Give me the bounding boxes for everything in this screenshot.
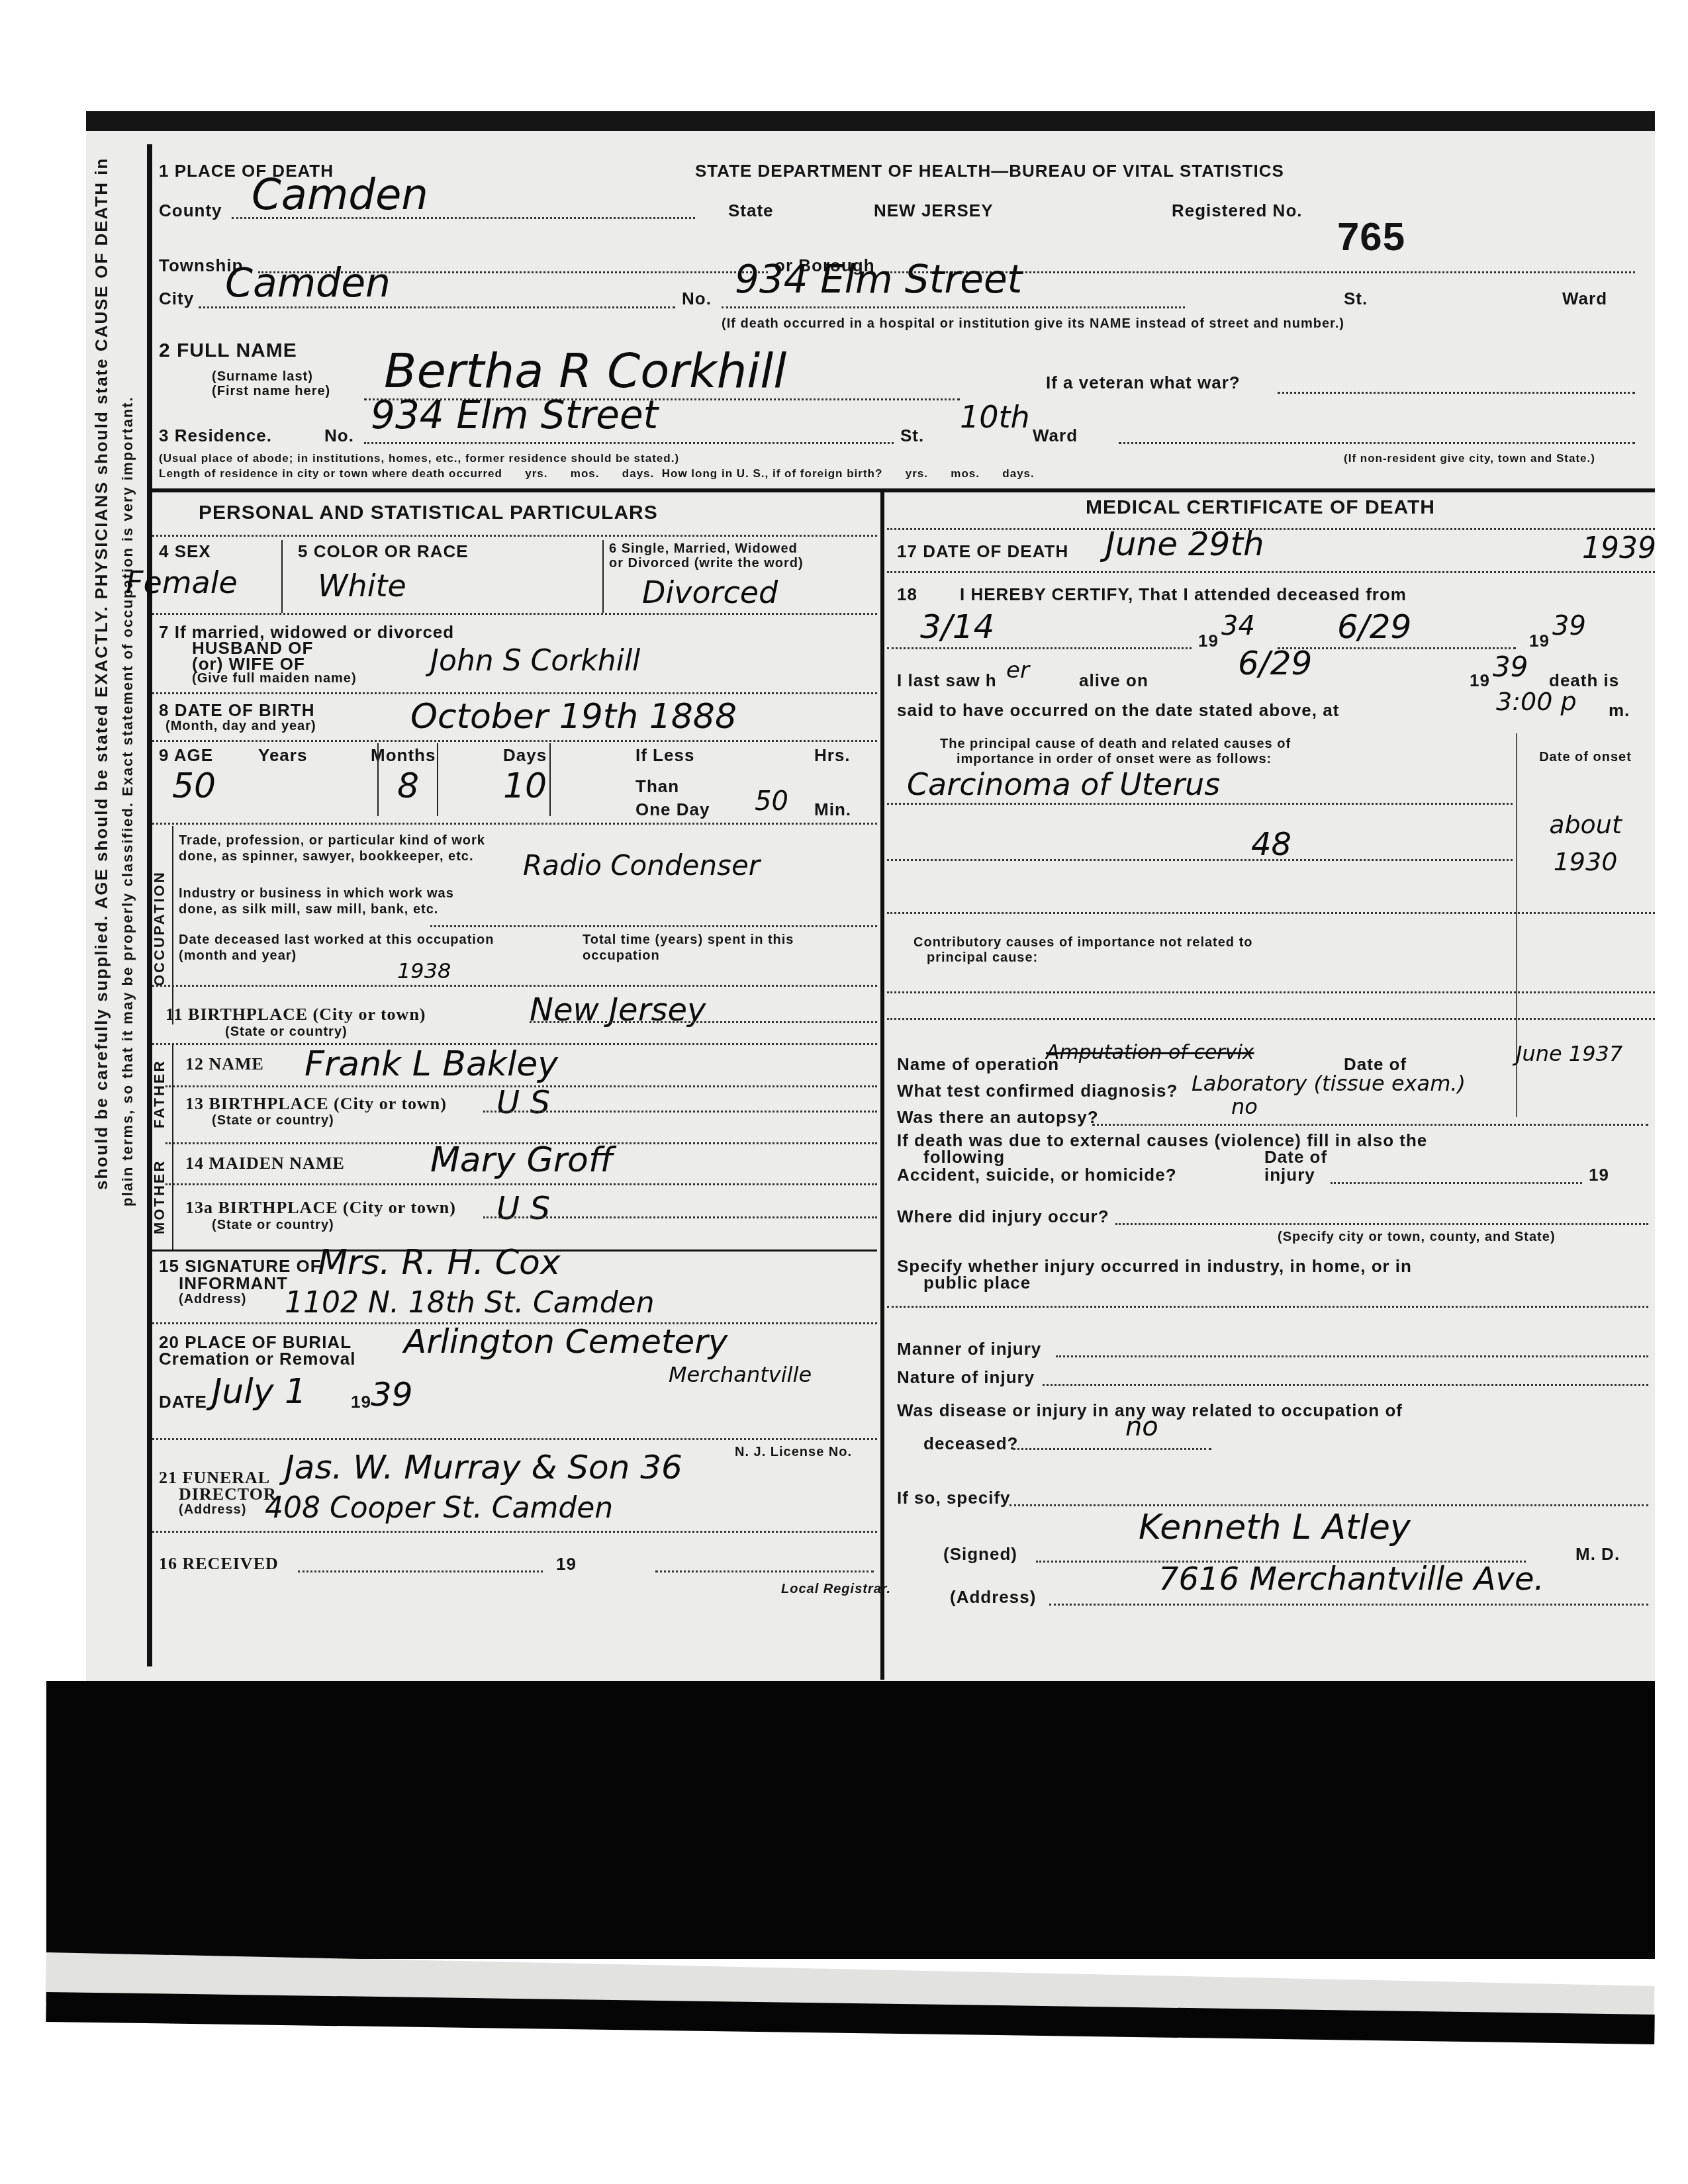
- full-name-value: Bertha R Corkhill: [384, 343, 786, 398]
- received-label: 16 RECEIVED: [159, 1554, 279, 1574]
- address-value: 7616 Merchantville Ave.: [1158, 1561, 1544, 1598]
- state-label: State: [728, 201, 774, 221]
- birthplace-line: [530, 1021, 877, 1023]
- contributory-label-1: Contributory causes of importance not re…: [914, 935, 1253, 950]
- where-line: [1115, 1223, 1648, 1225]
- center-divider: [880, 488, 884, 1680]
- county-value: Camden: [252, 171, 428, 220]
- scan-dark-band: [46, 1681, 1655, 1959]
- injury-line: [1331, 1182, 1582, 1184]
- injury-year-prefix: 19: [1589, 1165, 1609, 1185]
- mother-birthplace-line: [483, 1216, 877, 1218]
- death-year-value: 1939: [1582, 531, 1656, 565]
- certificate-scan: should be carefully supplied. AGE should…: [86, 111, 1655, 1700]
- registered-no-label: Registered No.: [1172, 201, 1303, 221]
- father-birthplace-value: U S: [496, 1084, 550, 1121]
- street-value: 934 Elm Street: [735, 257, 1022, 302]
- years-divider: [377, 743, 379, 816]
- dob-sublabel: (Month, day and year): [165, 719, 316, 734]
- burial-rule: [152, 1438, 877, 1440]
- address-line: [1049, 1604, 1648, 1606]
- residence-value: 934 Elm Street: [371, 392, 658, 437]
- hrs-label: Hrs.: [814, 745, 851, 766]
- age-years-value: 50: [172, 766, 216, 806]
- industry-line: [430, 925, 877, 927]
- race-value: White: [318, 568, 406, 604]
- registered-no-value: 765: [1337, 214, 1405, 259]
- address-label: (Address): [950, 1587, 1036, 1608]
- father-name-value: Frank L Bakley: [305, 1044, 558, 1084]
- related-value: no: [1125, 1412, 1158, 1442]
- marital-rule: [152, 613, 877, 615]
- burial-place-sub: Merchantville: [669, 1362, 812, 1387]
- burial-year: 39: [371, 1375, 413, 1414]
- contributory-label-2: principal cause:: [927, 950, 1038, 966]
- medical-title-rule: [887, 528, 1655, 530]
- last-saw-year-prefix: 19: [1470, 670, 1490, 691]
- full-name-sublabel-1: (Surname last): [212, 369, 313, 385]
- age-days-label: Days: [503, 745, 547, 766]
- trade-value: Radio Condenser: [523, 849, 760, 882]
- spouse-value: John S Corkhill: [430, 644, 640, 678]
- burial-label-2: Cremation or Removal: [159, 1349, 355, 1369]
- autopsy-line: [1092, 1124, 1648, 1126]
- operation-value: Amputation of cervix: [1046, 1041, 1254, 1064]
- from-year: 34: [1221, 611, 1255, 641]
- spouse-rule: [152, 692, 877, 694]
- date-of-death-rule: [887, 571, 1655, 573]
- md-label: M. D.: [1575, 1544, 1620, 1565]
- dob-label: 8 DATE OF BIRTH: [159, 700, 315, 721]
- from-year-prefix: 19: [1198, 631, 1219, 651]
- residence-ward-value: 10th: [960, 399, 1030, 435]
- related-label-2: deceased?: [923, 1433, 1018, 1454]
- operation-label: Name of operation: [897, 1054, 1059, 1075]
- occupation-side-label: OCCUPATION: [151, 829, 168, 1028]
- informant-address: 1102 N. 18th St. Camden: [285, 1286, 655, 1320]
- mother-birthplace-sublabel: (State or country): [212, 1218, 334, 1233]
- months-divider: [437, 743, 438, 816]
- attended-to: 6/29: [1337, 608, 1411, 646]
- mother-maiden-rule: [165, 1183, 877, 1185]
- funeral-label-2: DIRECTOR: [179, 1484, 277, 1504]
- if-so-line: [1009, 1504, 1648, 1506]
- cause-value: Carcinoma of Uterus: [907, 766, 1220, 802]
- signed-value: Kenneth L Atley: [1139, 1508, 1411, 1547]
- father-name-label: 12 NAME: [185, 1054, 264, 1074]
- trade-label: Trade, profession, or particular kind of…: [179, 833, 496, 864]
- father-side-label: FATHER: [151, 1048, 168, 1140]
- residence-ward-label: Ward: [1033, 426, 1078, 446]
- residence-note-right: (If non-resident give city, town and Sta…: [1344, 452, 1595, 465]
- test-label: What test confirmed diagnosis?: [897, 1081, 1178, 1101]
- veteran-label: If a veteran what war?: [1046, 373, 1241, 393]
- if-so-label: If so, specify: [897, 1488, 1011, 1508]
- last-saw-pronoun: er: [1006, 657, 1029, 684]
- sex-label: 4 SEX: [159, 541, 211, 562]
- min-label: Min.: [814, 799, 851, 820]
- funeral-label-3: (Address): [179, 1502, 246, 1518]
- license-label: N. J. License No.: [735, 1445, 852, 1460]
- total-time-label: Total time (years) spent in this occupat…: [583, 932, 794, 964]
- mother-maiden-label: 14 MAIDEN NAME: [185, 1154, 345, 1173]
- contributory-line-2: [887, 1018, 1655, 1020]
- full-name-sublabel-2: (First name here): [212, 384, 330, 399]
- signed-label: (Signed): [943, 1544, 1017, 1565]
- race-divider: [602, 540, 604, 613]
- father-birthplace-line: [483, 1111, 877, 1113]
- burial-place: Arlington Cemetery: [404, 1322, 727, 1361]
- residence-no-label: No.: [324, 426, 354, 446]
- marital-label-2: or Divorced (write the word): [609, 556, 804, 571]
- state-value: NEW JERSEY: [874, 201, 994, 221]
- less-label-1: If Less: [635, 745, 694, 766]
- cause-line-2: [887, 859, 1513, 861]
- nature-line: [1043, 1384, 1648, 1386]
- specify-line: [887, 1306, 1648, 1308]
- autopsy-value: no: [1231, 1094, 1258, 1119]
- where-note: (Specify city or town, county, and State…: [1278, 1230, 1556, 1245]
- less-label-2: Than: [635, 776, 679, 797]
- instructions-line-1: should be carefully supplied. AGE should…: [91, 158, 112, 1700]
- st-label: St.: [1344, 289, 1368, 309]
- less-label-3: One Day: [635, 799, 710, 820]
- cause-label-2: importance in order of onset were as fol…: [957, 752, 1272, 767]
- age-days-value: 10: [503, 766, 547, 806]
- residence-right-line: [1119, 422, 1635, 444]
- funeral-address: 408 Cooper St. Camden: [265, 1491, 613, 1525]
- mother-maiden-value: Mary Groff: [430, 1140, 613, 1180]
- occupation-side-rule: [172, 826, 173, 1024]
- test-value: Laboratory (tissue exam.): [1192, 1071, 1466, 1096]
- full-name-label: 2 FULL NAME: [159, 340, 297, 362]
- cause-line-1: [887, 803, 1513, 805]
- to-year-prefix: 19: [1529, 631, 1550, 651]
- veteran-line: [1278, 376, 1635, 394]
- sex-divider: [281, 540, 283, 613]
- date-of-death-label: 17 DATE OF DEATH: [897, 541, 1068, 562]
- parents-side-rule: [172, 1044, 173, 1250]
- burial-date: July 1: [212, 1372, 306, 1412]
- residence-length-line: Length of residence in city or town wher…: [159, 467, 1035, 480]
- informant-name: Mrs. R. H. Cox: [318, 1243, 561, 1283]
- birthplace-sublabel: (State or country): [225, 1024, 348, 1040]
- date-of-death-value: June 29th: [1105, 525, 1264, 563]
- county-label: County: [159, 201, 222, 221]
- days-divider: [549, 743, 551, 816]
- where-label: Where did injury occur?: [897, 1206, 1109, 1227]
- age-months-label: Months: [371, 745, 436, 766]
- registrar-label: Local Registrar.: [781, 1582, 891, 1597]
- time-value: 3:00 p: [1496, 687, 1577, 716]
- spouse-label-4: (Give full maiden name): [192, 671, 357, 686]
- certify-text: I HEREBY CERTIFY, That I attended deceas…: [960, 584, 1407, 605]
- last-saw-label: I last saw h: [897, 670, 997, 691]
- age-months-value: 8: [397, 766, 419, 806]
- received-line: [298, 1570, 543, 1572]
- related-line: [1013, 1448, 1211, 1450]
- attended-from-line: [887, 647, 1192, 649]
- occupation-rule: [152, 985, 877, 987]
- sex-value: Female: [126, 565, 238, 600]
- registrar-line: [655, 1570, 874, 1572]
- personal-title-rule: [152, 535, 877, 537]
- received-year-prefix: 19: [556, 1554, 577, 1574]
- attended-to-line: [1278, 647, 1516, 649]
- onset-value: about 1930: [1526, 806, 1645, 880]
- burial-date-label: DATE: [159, 1392, 207, 1412]
- last-saw-year: 39: [1493, 651, 1528, 683]
- instructions-sidebar: should be carefully supplied. AGE should…: [86, 131, 152, 1719]
- city-label: City: [159, 289, 194, 309]
- less-min-value: 50: [755, 786, 788, 817]
- personal-section-title: PERSONAL AND STATISTICAL PARTICULARS: [199, 502, 658, 524]
- hospital-note: (If death occurred in a hospital or inst…: [722, 316, 1344, 332]
- certificate-body: 1 PLACE OF DEATH STATE DEPARTMENT OF HEA…: [152, 131, 1655, 1700]
- contributory-line-1: [887, 991, 1655, 993]
- alive-on-label: alive on: [1079, 670, 1149, 691]
- race-label: 5 COLOR OR RACE: [298, 541, 469, 562]
- birthplace-label: 11 BIRTHPLACE (City or town): [165, 1005, 426, 1024]
- m-label: m.: [1609, 700, 1630, 721]
- funeral-rule: [152, 1531, 877, 1533]
- autopsy-label: Was there an autopsy?: [897, 1107, 1099, 1128]
- injury-label: injury: [1264, 1165, 1315, 1185]
- last-worked-value: 1938: [397, 958, 451, 983]
- father-birthplace-label: 13 BIRTHPLACE (City or town): [185, 1094, 447, 1114]
- cause-line-3: [887, 912, 1655, 914]
- city-value: Camden: [225, 260, 391, 306]
- residence-st-label: St.: [900, 426, 924, 446]
- certify-num: 18: [897, 584, 917, 605]
- last-saw-date: 6/29: [1238, 644, 1312, 682]
- industry-label: Industry or business in which work was d…: [179, 886, 496, 917]
- operation-date: June 1937: [1516, 1041, 1622, 1066]
- onset-header: Date of onset: [1536, 750, 1635, 765]
- header-separator: [152, 488, 1655, 492]
- age-years-label: Years: [258, 745, 307, 766]
- age-rule: [152, 823, 877, 825]
- father-birthplace-sublabel: (State or country): [212, 1113, 334, 1128]
- funeral-director: Jas. W. Murray & Son 36: [285, 1448, 682, 1486]
- age-label: 9 AGE: [159, 745, 213, 766]
- informant-label-3: (Address): [179, 1292, 246, 1307]
- mother-birthplace-label: 13a BIRTHPLACE (City or town): [185, 1198, 456, 1218]
- dob-value: October 19th 1888: [410, 697, 737, 737]
- to-year: 39: [1552, 611, 1586, 641]
- occurred-label: said to have occurred on the date stated…: [897, 700, 1339, 721]
- ward-label: Ward: [1562, 289, 1607, 309]
- medical-section-title: MEDICAL CERTIFICATE OF DEATH: [1086, 496, 1435, 519]
- informant-label-2: INFORMANT: [179, 1273, 288, 1294]
- department-title: STATE DEPARTMENT OF HEALTH—BUREAU OF VIT…: [695, 161, 1284, 181]
- marital-value: Divorced: [642, 574, 778, 610]
- dob-rule: [152, 740, 877, 742]
- mother-side-label: MOTHER: [151, 1144, 168, 1250]
- burial-year-prefix: 19: [351, 1392, 371, 1412]
- attended-from: 3/14: [920, 608, 994, 646]
- manner-line: [1056, 1355, 1648, 1357]
- residence-label: 3 Residence.: [159, 426, 272, 446]
- residence-note-left: (Usual place of abode; in institutions, …: [159, 452, 679, 465]
- nature-label: Nature of injury: [897, 1367, 1035, 1388]
- no-label: No.: [682, 289, 712, 309]
- marital-label-1: 6 Single, Married, Widowed: [609, 541, 798, 557]
- mother-birthplace-value: U S: [496, 1190, 550, 1227]
- accident-label: Accident, suicide, or homicide?: [897, 1165, 1177, 1185]
- cause-note: 48: [1251, 826, 1291, 863]
- cause-label-1: The principal cause of death and related…: [940, 737, 1291, 752]
- specify-label-2: public place: [923, 1273, 1031, 1293]
- manner-label: Manner of injury: [897, 1339, 1041, 1359]
